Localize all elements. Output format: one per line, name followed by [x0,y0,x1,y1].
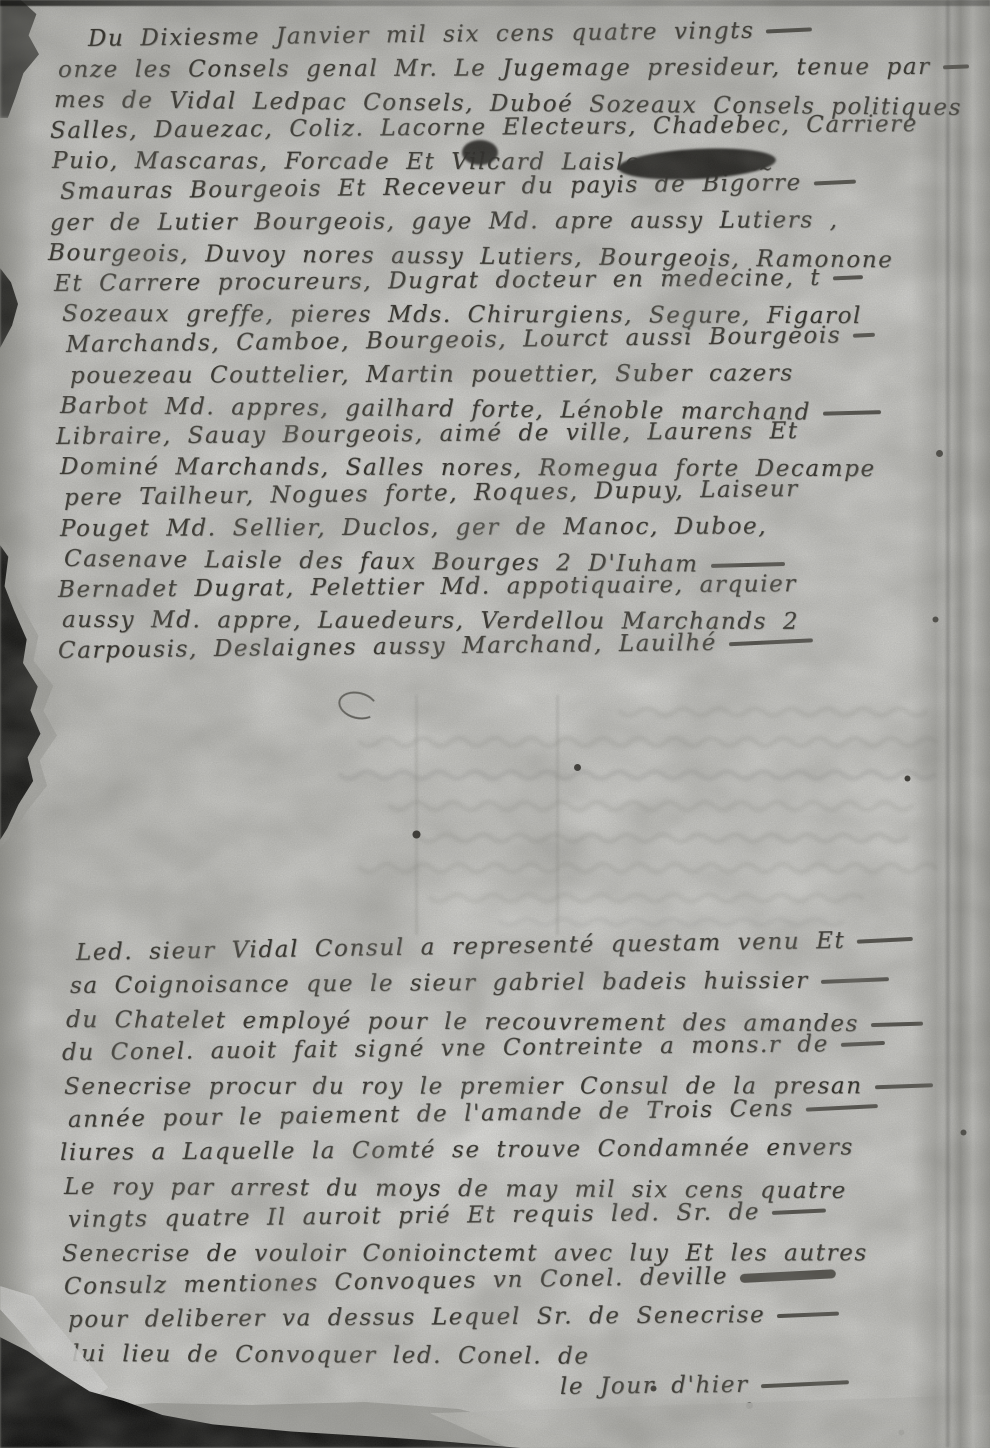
ink-dash [857,937,913,944]
handwritten-text: le Jour d'hier [560,1372,749,1400]
manuscript-line: pouezeau Couttelier, Martin pouettier, S… [70,359,969,393]
manuscript-line: Bernadet Dugrat, Pelettier Md. appotiqua… [58,570,969,608]
handwritten-text: pouezeau Couttelier, Martin pouettier, S… [70,360,794,389]
ink-dash [841,1041,885,1047]
ink-dash [821,977,889,984]
handwritten-text: Bernadet Dugrat, Pelettier Md. appotiqua… [58,571,797,603]
ink-dash [833,275,863,280]
manuscript-line: Pouget Md. Sellier, Duclos, ger de Manoc… [60,512,969,546]
handwritten-text: Et Carrere procureurs, Dugrat docteur en… [54,265,821,297]
ink-dash [766,27,812,33]
handwritten-text: pour deliberer va dessus Lequel Sr. de S… [68,1302,765,1333]
document-scan: Du Dixiesme Janvier mil six cens quatre … [0,0,990,1448]
ink-dash [814,180,856,186]
bleed-fold-line [556,695,559,935]
ink-dash [853,333,875,338]
manuscript-line: pour deliberer va dessus Lequel Sr. de S… [68,1301,933,1340]
ink-dash [823,410,881,416]
text-block-deliberation: Led. sieur Vidal Consul a representé que… [0,940,933,1407]
manuscript-line: Salles, Dauezac, Coliz. Lacorne Electeur… [50,111,969,149]
ink-blot [462,140,498,165]
handwritten-text: lui lieu de Convoquer led. Conel. de [72,1341,590,1370]
manuscript-line: Libraire, Sauay Bourgeois, aimé de ville… [56,417,969,455]
manuscript-line: onze les Consels genal Mr. Le Jugemage p… [58,53,969,87]
handwritten-text: Libraire, Sauay Bourgeois, aimé de ville… [56,418,799,450]
ink-dash [772,1209,826,1215]
handwritten-text: onze les Consels genal Mr. Le Jugemage p… [58,54,931,83]
ink-dash [761,1380,849,1388]
manuscript-line: Et Carrere procureurs, Dugrat docteur en… [54,264,969,302]
manuscript-line: ger de Lutier Bourgeois, gaye Md. apre a… [50,206,969,240]
manuscript-page: Du Dixiesme Janvier mil six cens quatre … [0,0,990,1448]
ink-dash [740,1269,836,1283]
ink-dash [777,1312,839,1319]
text-block-attendance-list: Du Dixiesme Janvier mil six cens quatre … [0,26,969,668]
bleed-fold-line [415,695,418,935]
ink-dash [710,562,784,568]
page-fold-shadow [912,0,990,1448]
vertical-crease [946,0,950,1448]
ink-dash [729,638,813,646]
ink-dash [806,1104,878,1112]
handwritten-text: sa Coignoisance que le sieur gabriel bad… [70,968,809,999]
handwritten-text: liures a Laquelle la Comté se trouve Con… [60,1135,854,1167]
manuscript-line: liures a Laquelle la Comté se trouve Con… [60,1134,933,1173]
manuscript-line: sa Coignoisance que le sieur gabriel bad… [70,967,933,1006]
handwritten-text: Pouget Md. Sellier, Duclos, ger de Manoc… [60,513,767,541]
handwritten-text: ger de Lutier Bourgeois, gaye Md. apre a… [50,207,839,236]
page-edge-top [0,0,990,6]
